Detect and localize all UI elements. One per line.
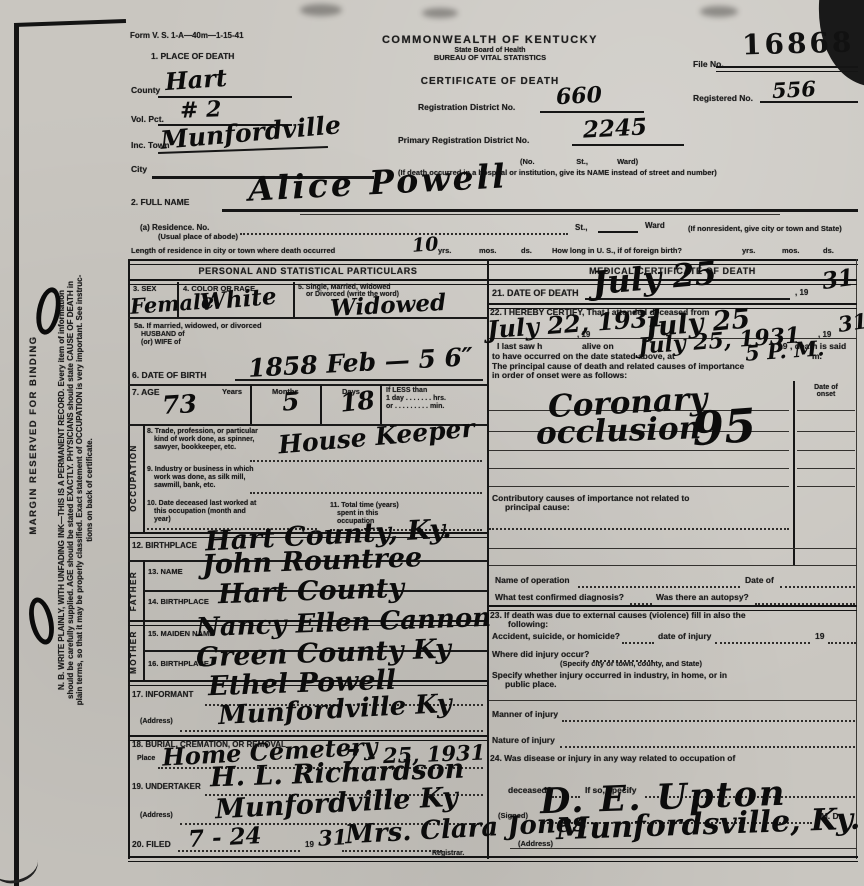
contributory-label-2: principal cause: — [505, 503, 570, 513]
bureau-subtitle: BUREAU OF VITAL STATISTICS — [340, 54, 640, 63]
occ8-label-line1: 8. Trade, profession, or particular — [147, 428, 258, 436]
father-birthplace-label: 14. BIRTHPLACE — [148, 598, 209, 607]
margin-instructions: N. B. WRITE PLAINLY, WITH UNFADING INK—T… — [57, 230, 113, 750]
length-residence-label: Length of residence in city or town wher… — [131, 247, 335, 256]
autopsy-label: Was there an autopsy? — [656, 593, 749, 603]
autopsy-bottom-rule — [487, 605, 857, 611]
residence-ward-rule — [598, 231, 638, 233]
manner-injury-label: Manner of injury — [492, 710, 558, 720]
form-number: Form V. S. 1-A—40m—1-15-41 — [130, 31, 244, 40]
filed-date-value: 7 - 24 — [187, 824, 262, 851]
vol-pct-value: # 2 — [180, 98, 222, 121]
age-col-divider-3 — [380, 385, 382, 424]
scan-edge-top — [14, 19, 126, 27]
margin-squiggle — [0, 843, 42, 886]
mother-side-label-box: MOTHER — [129, 622, 141, 682]
cause-of-death-line2: occlusion — [536, 413, 702, 450]
specify-label-2: public place. — [505, 680, 557, 690]
dod-year-printed: , 19 — [795, 288, 808, 297]
table-left-border — [128, 259, 130, 859]
cause-duration-value: 95 — [690, 402, 757, 452]
informant-label: 17. INFORMANT — [132, 690, 193, 699]
age-months-value: 5 — [281, 388, 301, 414]
length-ds-label: ds. — [521, 247, 532, 256]
occ9-label-line2: work was done, as silk mill, — [154, 474, 245, 482]
nature-injury-dots — [560, 744, 855, 748]
dod-bottom-rule — [487, 303, 857, 309]
date-of-death-value: July 25 — [591, 257, 718, 300]
where-injury-dots — [593, 658, 653, 662]
occurred-time-value: 5 P. M. — [744, 337, 825, 363]
husband-of-label: HUSBAND of — [141, 331, 185, 339]
operation-date-label: Date of — [745, 576, 774, 586]
bleedthrough-smudge — [700, 6, 738, 17]
primary-district-value: 2245 — [582, 115, 647, 141]
city-street-ward-note: (No. St., Ward) — [520, 158, 638, 167]
date-of-death-label: 21. DATE OF DEATH — [492, 288, 579, 298]
contributory-dots — [489, 526, 789, 530]
age-days-value: 18 — [339, 387, 376, 416]
age-years-value: 73 — [161, 391, 197, 418]
race-value: White — [199, 285, 277, 315]
column-divider — [487, 259, 489, 859]
reg-district-label: Registration District No. — [418, 103, 515, 113]
margin-binding-text: MARGIN RESERVED FOR BINDING — [29, 295, 40, 575]
reg-district-value: 660 — [555, 84, 602, 108]
cause-rule-5-onset — [797, 486, 855, 487]
occ10-label-line3: year) — [154, 516, 171, 524]
city-label: City — [131, 165, 147, 175]
operation-dots — [578, 584, 740, 588]
county-rule — [158, 96, 292, 98]
cause-rule-3-onset — [797, 450, 855, 451]
howlong-yrs-label: yrs. — [742, 247, 755, 256]
cause-rule-4 — [489, 468, 789, 469]
mother-cell-divider — [143, 622, 145, 682]
test-label: What test confirmed diagnosis? — [495, 593, 624, 603]
primary-district-rule — [572, 144, 684, 146]
father-side-label: FATHER — [129, 561, 138, 621]
married-widowed-label: 5a. If married, widowed, or divorced — [134, 322, 262, 331]
reg-district-rule — [540, 111, 644, 113]
age-years-header: Years — [222, 388, 242, 397]
birthplace-label: 12. BIRTHPLACE — [132, 541, 197, 550]
accident-label: Accident, suicide, or homicide? — [492, 632, 620, 642]
burial-place-label: Place — [137, 755, 155, 763]
cause-rule-4-onset — [797, 468, 855, 469]
mother-side-label: MOTHER — [129, 622, 138, 682]
margin-note-line4: tions on back of certificate. — [85, 230, 94, 750]
cause-rule-1-onset — [797, 410, 855, 411]
race-marital-divider — [293, 282, 295, 317]
q24-label-1: 24. Was disease or injury in any way rel… — [490, 754, 735, 764]
injury-19-dots — [828, 640, 856, 644]
occupation-side-label-box: OCCUPATION — [129, 423, 141, 533]
howlong-mos-label: mos. — [782, 247, 800, 256]
occupation-side-label: OCCUPATION — [129, 423, 138, 533]
occ9-label-line1: 9. Industry or business in which — [147, 466, 254, 474]
occ9-dots — [250, 490, 482, 494]
onset-column-divider — [793, 381, 795, 565]
primary-district-label: Primary Registration District No. — [398, 136, 529, 146]
table-bottom-rule — [128, 856, 858, 862]
age-col-divider-1 — [250, 385, 252, 424]
age-col-divider-2 — [320, 385, 322, 424]
death-certificate-scan: N. B. WRITE PLAINLY, WITH UNFADING INK—T… — [0, 0, 864, 886]
bleedthrough-smudge — [422, 8, 458, 18]
length-residence-value: 10 — [411, 235, 439, 256]
full-name-value: Alice Powell — [247, 159, 508, 206]
table-right-border — [856, 259, 857, 859]
occ11-label-line1: 11. Total time (years) — [330, 502, 399, 510]
filed-year-printed: 19 — [305, 840, 314, 849]
q23-label-2: following: — [508, 620, 548, 630]
full-name-label: 2. FULL NAME — [131, 198, 189, 208]
cause-rule-2-onset — [797, 431, 855, 432]
marital-value: Widowed — [329, 291, 446, 320]
contributory-rule-1 — [489, 548, 857, 549]
wife-of-label: (or) WIFE of — [141, 339, 181, 347]
abode-note: (Usual place of abode) — [158, 233, 238, 242]
length-mos-label: mos. — [479, 247, 497, 256]
physician-address-value: Munfordsville, Ky. — [556, 805, 861, 846]
residence-dots — [240, 231, 568, 235]
operation-date-dots — [780, 584, 855, 588]
nature-injury-label: Nature of injury — [492, 736, 555, 746]
occupation-cell-divider — [143, 424, 145, 533]
occ9-label-line3: sawmill, bank, etc. — [154, 482, 215, 490]
filed-year-value: 31 — [317, 826, 347, 849]
row345-bottom-rule — [128, 317, 487, 319]
informant-address-label: (Address) — [140, 718, 173, 726]
howlong-us-label: How long in U. S., if of foreign birth? — [552, 247, 682, 256]
filed-label: 20. FILED — [132, 840, 171, 850]
father-birthplace-value: Hart County — [218, 575, 405, 608]
full-name-rule — [222, 209, 858, 212]
contributory-rule-2 — [489, 565, 857, 566]
onset-header-line2: onset — [798, 391, 854, 399]
length-yrs-label: yrs. — [438, 247, 451, 256]
occ8-value: House Keeper — [277, 415, 475, 457]
occ8-label-line3: sawyer, bookkeeper, etc. — [154, 444, 236, 452]
residence-ward-label: Ward — [645, 221, 665, 230]
undertaker-label: 19. UNDERTAKER — [132, 782, 201, 791]
occ10-label-line2: this occupation (month and — [154, 508, 246, 516]
margin-note-line3: plain terms, so that it may be properly … — [75, 230, 84, 750]
principal-cause-label-2: in order of onset were as follows: — [492, 371, 627, 381]
occ8-label-line2: kind of work done, as spinner, — [154, 436, 254, 444]
age-less-line2: 1 day . . . . . . . hrs. — [386, 395, 446, 403]
operation-label: Name of operation — [495, 576, 570, 586]
nonresident-note: (If nonresident, give city or town and S… — [688, 225, 842, 234]
dob-value: 1858 Feb — 5 6″ — [248, 344, 474, 381]
registered-no-label: Registered No. — [693, 94, 753, 104]
place-of-death-heading: 1. PLACE OF DEATH — [151, 52, 234, 62]
columns-top-rule — [128, 259, 858, 265]
dob-label: 6. DATE OF BIRTH — [132, 371, 206, 381]
age-less-line3: or . . . . . . . . . min. — [386, 403, 444, 411]
file-number-stamp: 16868 — [742, 29, 855, 60]
physician-address-rule — [510, 848, 857, 849]
mother-birthplace-value: Green County Ky — [196, 636, 452, 672]
full-name-rule-2 — [300, 214, 780, 215]
injury-19-label: 19 — [815, 632, 824, 642]
left-section-title: PERSONAL AND STATISTICAL PARTICULARS — [130, 266, 486, 276]
residence-label: (a) Residence. No. — [140, 223, 209, 232]
undertaker-address-label: (Address) — [140, 812, 173, 820]
date-injury-label: date of injury — [658, 632, 711, 642]
dod-year-value: 31 — [821, 266, 856, 293]
left-title-rule — [128, 279, 487, 285]
binding-hole — [25, 595, 58, 647]
county-value: Hart — [164, 66, 227, 94]
manner-injury-dots — [562, 718, 855, 722]
dob-bottom-rule — [128, 384, 487, 386]
accident-dots — [622, 640, 654, 644]
age-less-line1: If LESS than — [386, 387, 427, 395]
registered-no-value: 556 — [771, 78, 816, 101]
commonwealth-title: COMMONWEALTH OF KENTUCKY — [340, 34, 640, 47]
margin-binding-label: MARGIN RESERVED FOR BINDING — [29, 295, 45, 575]
bleedthrough-smudge — [300, 4, 342, 16]
margin-note-line2: should be carefully supplied. AGE should… — [66, 230, 75, 750]
occ10-label-line1: 10. Date deceased last worked at — [147, 500, 256, 508]
residence-st-label: St., — [575, 223, 587, 232]
file-no-rule — [716, 66, 858, 72]
specify-rule — [489, 700, 857, 701]
cause-rule-5 — [489, 486, 789, 487]
certify-to-year-value: 31 — [837, 310, 864, 335]
father-name-label: 13. NAME — [148, 568, 183, 577]
father-side-label-box: FATHER — [129, 561, 141, 621]
county-label: County — [131, 86, 160, 96]
howlong-ds-label: ds. — [823, 247, 834, 256]
scan-edge-left — [14, 25, 19, 886]
date-injury-dots — [715, 640, 810, 644]
age-label: 7. AGE — [132, 388, 160, 398]
